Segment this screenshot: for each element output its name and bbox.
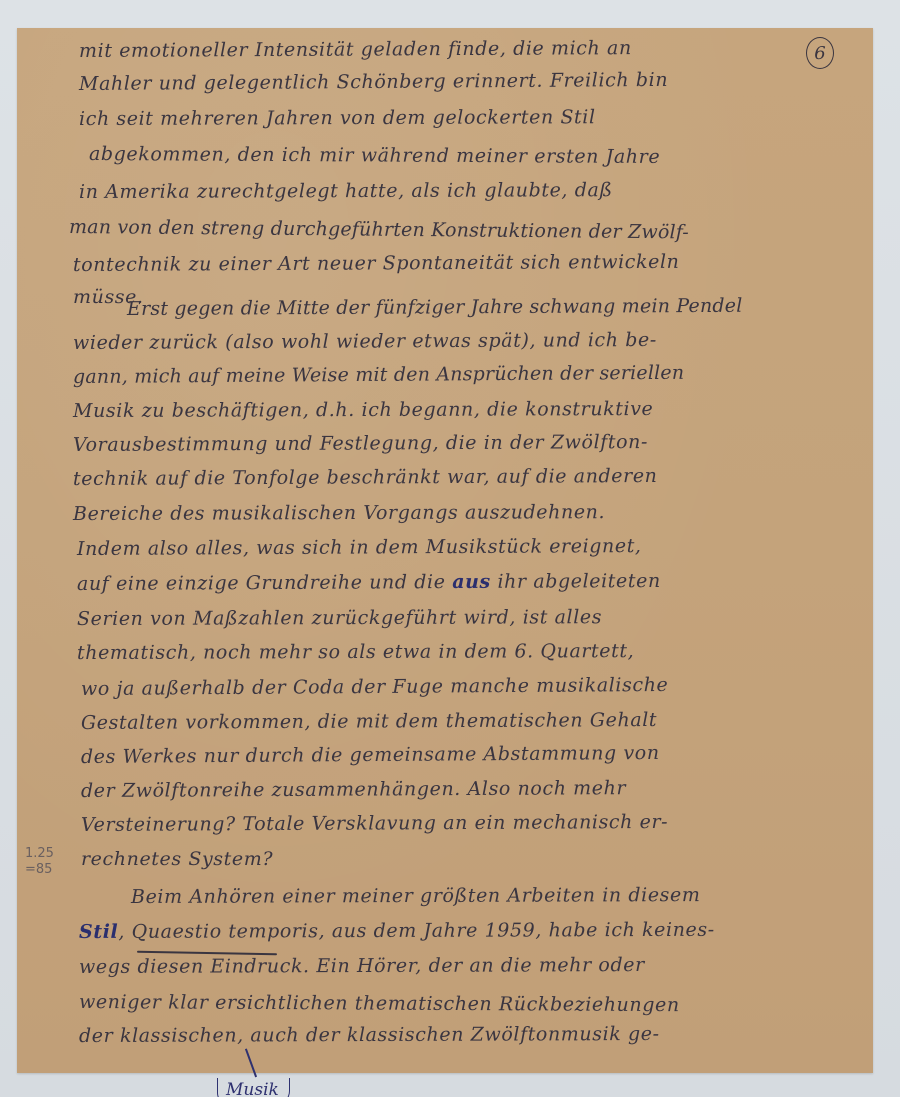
text-line: Erst gegen die Mitte der fünfziger Jahre…: [127, 295, 743, 320]
margin-pencil-note: 1.25 =85: [25, 846, 54, 878]
text-line: weniger klar ersichtlichen thematischen …: [79, 991, 680, 1016]
blue-ink-correction: aus: [452, 571, 491, 593]
text-line: Gestalten vorkommen, die mit dem themati…: [81, 709, 657, 734]
text-line: Musik zu beschäftigen, d.h. ich begann, …: [73, 398, 653, 422]
text-line: Mahler und gelegentlich Schönberg erinne…: [79, 69, 668, 95]
text-line-with-blue-insert: Stil, Quaestio temporis, aus dem Jahre 1…: [79, 919, 715, 943]
text-line: der Zwölftonreihe zusammenhängen. Also n…: [81, 777, 626, 802]
text-fragment: ihr abgeleiteten: [491, 570, 661, 593]
text-line: in Amerika zurechtgelegt hatte, als ich …: [79, 179, 613, 203]
text-line: Indem also alles, was sich in dem Musiks…: [77, 535, 642, 560]
page-number-circled: 6: [806, 37, 834, 69]
text-line: rechnetes System?: [81, 848, 273, 870]
text-fragment: , Quaestio temporis, aus dem Jahre 1959,…: [118, 919, 714, 943]
text-line: man von den streng durchgeführten Konstr…: [69, 216, 689, 243]
scan-background: 6 mit emotioneller Intensität geladen fi…: [0, 0, 900, 1097]
manuscript-page: 6 mit emotioneller Intensität geladen fi…: [17, 28, 873, 1073]
text-line: Vorausbestimmung und Festlegung, die in …: [73, 431, 648, 456]
text-line: gann, mich auf meine Weise mit den Anspr…: [73, 362, 684, 388]
text-line: Bereiche des musikalischen Vorgangs ausz…: [73, 501, 605, 525]
text-line: ich seit mehreren Jahren von dem gelocke…: [79, 106, 596, 130]
text-line: des Werkes nur durch die gemeinsame Abst…: [81, 742, 660, 768]
text-line: tontechnik zu einer Art neuer Spontaneit…: [73, 251, 680, 276]
margin-note-line: 1.25: [25, 846, 54, 862]
margin-note-line: =85: [25, 862, 54, 878]
blue-ink-correction: Stil: [79, 921, 118, 943]
text-line: der klassischen, auch der klassischen Zw…: [79, 1023, 660, 1047]
text-line: mit emotioneller Intensität geladen find…: [79, 37, 632, 62]
text-fragment: auf eine einzige Grundreihe und die: [77, 571, 452, 595]
text-line: thematisch, noch mehr so als etwa in dem…: [77, 640, 634, 664]
text-line: technik auf die Tonfolge beschränkt war,…: [73, 465, 658, 490]
insertion-mark: [245, 1049, 257, 1078]
text-line: Versteinerung? Totale Versklavung an ein…: [81, 811, 668, 836]
text-line-with-blue-insert: auf eine einzige Grundreihe und die aus …: [77, 570, 661, 595]
text-line: wo ja außerhalb der Coda der Fuge manche…: [81, 674, 668, 700]
insertion-note: Musik: [217, 1078, 290, 1097]
text-line: Serien von Maßzahlen zurückgeführt wird,…: [77, 606, 602, 630]
text-line: abgekommen, den ich mir während meiner e…: [89, 143, 660, 168]
text-line: wieder zurück (also wohl wieder etwas sp…: [73, 329, 657, 354]
text-line: wegs diesen Eindruck. Ein Hörer, der an …: [79, 954, 645, 978]
text-line: Beim Anhören einer meiner größten Arbeit…: [131, 884, 701, 908]
title-underline: [137, 951, 277, 955]
